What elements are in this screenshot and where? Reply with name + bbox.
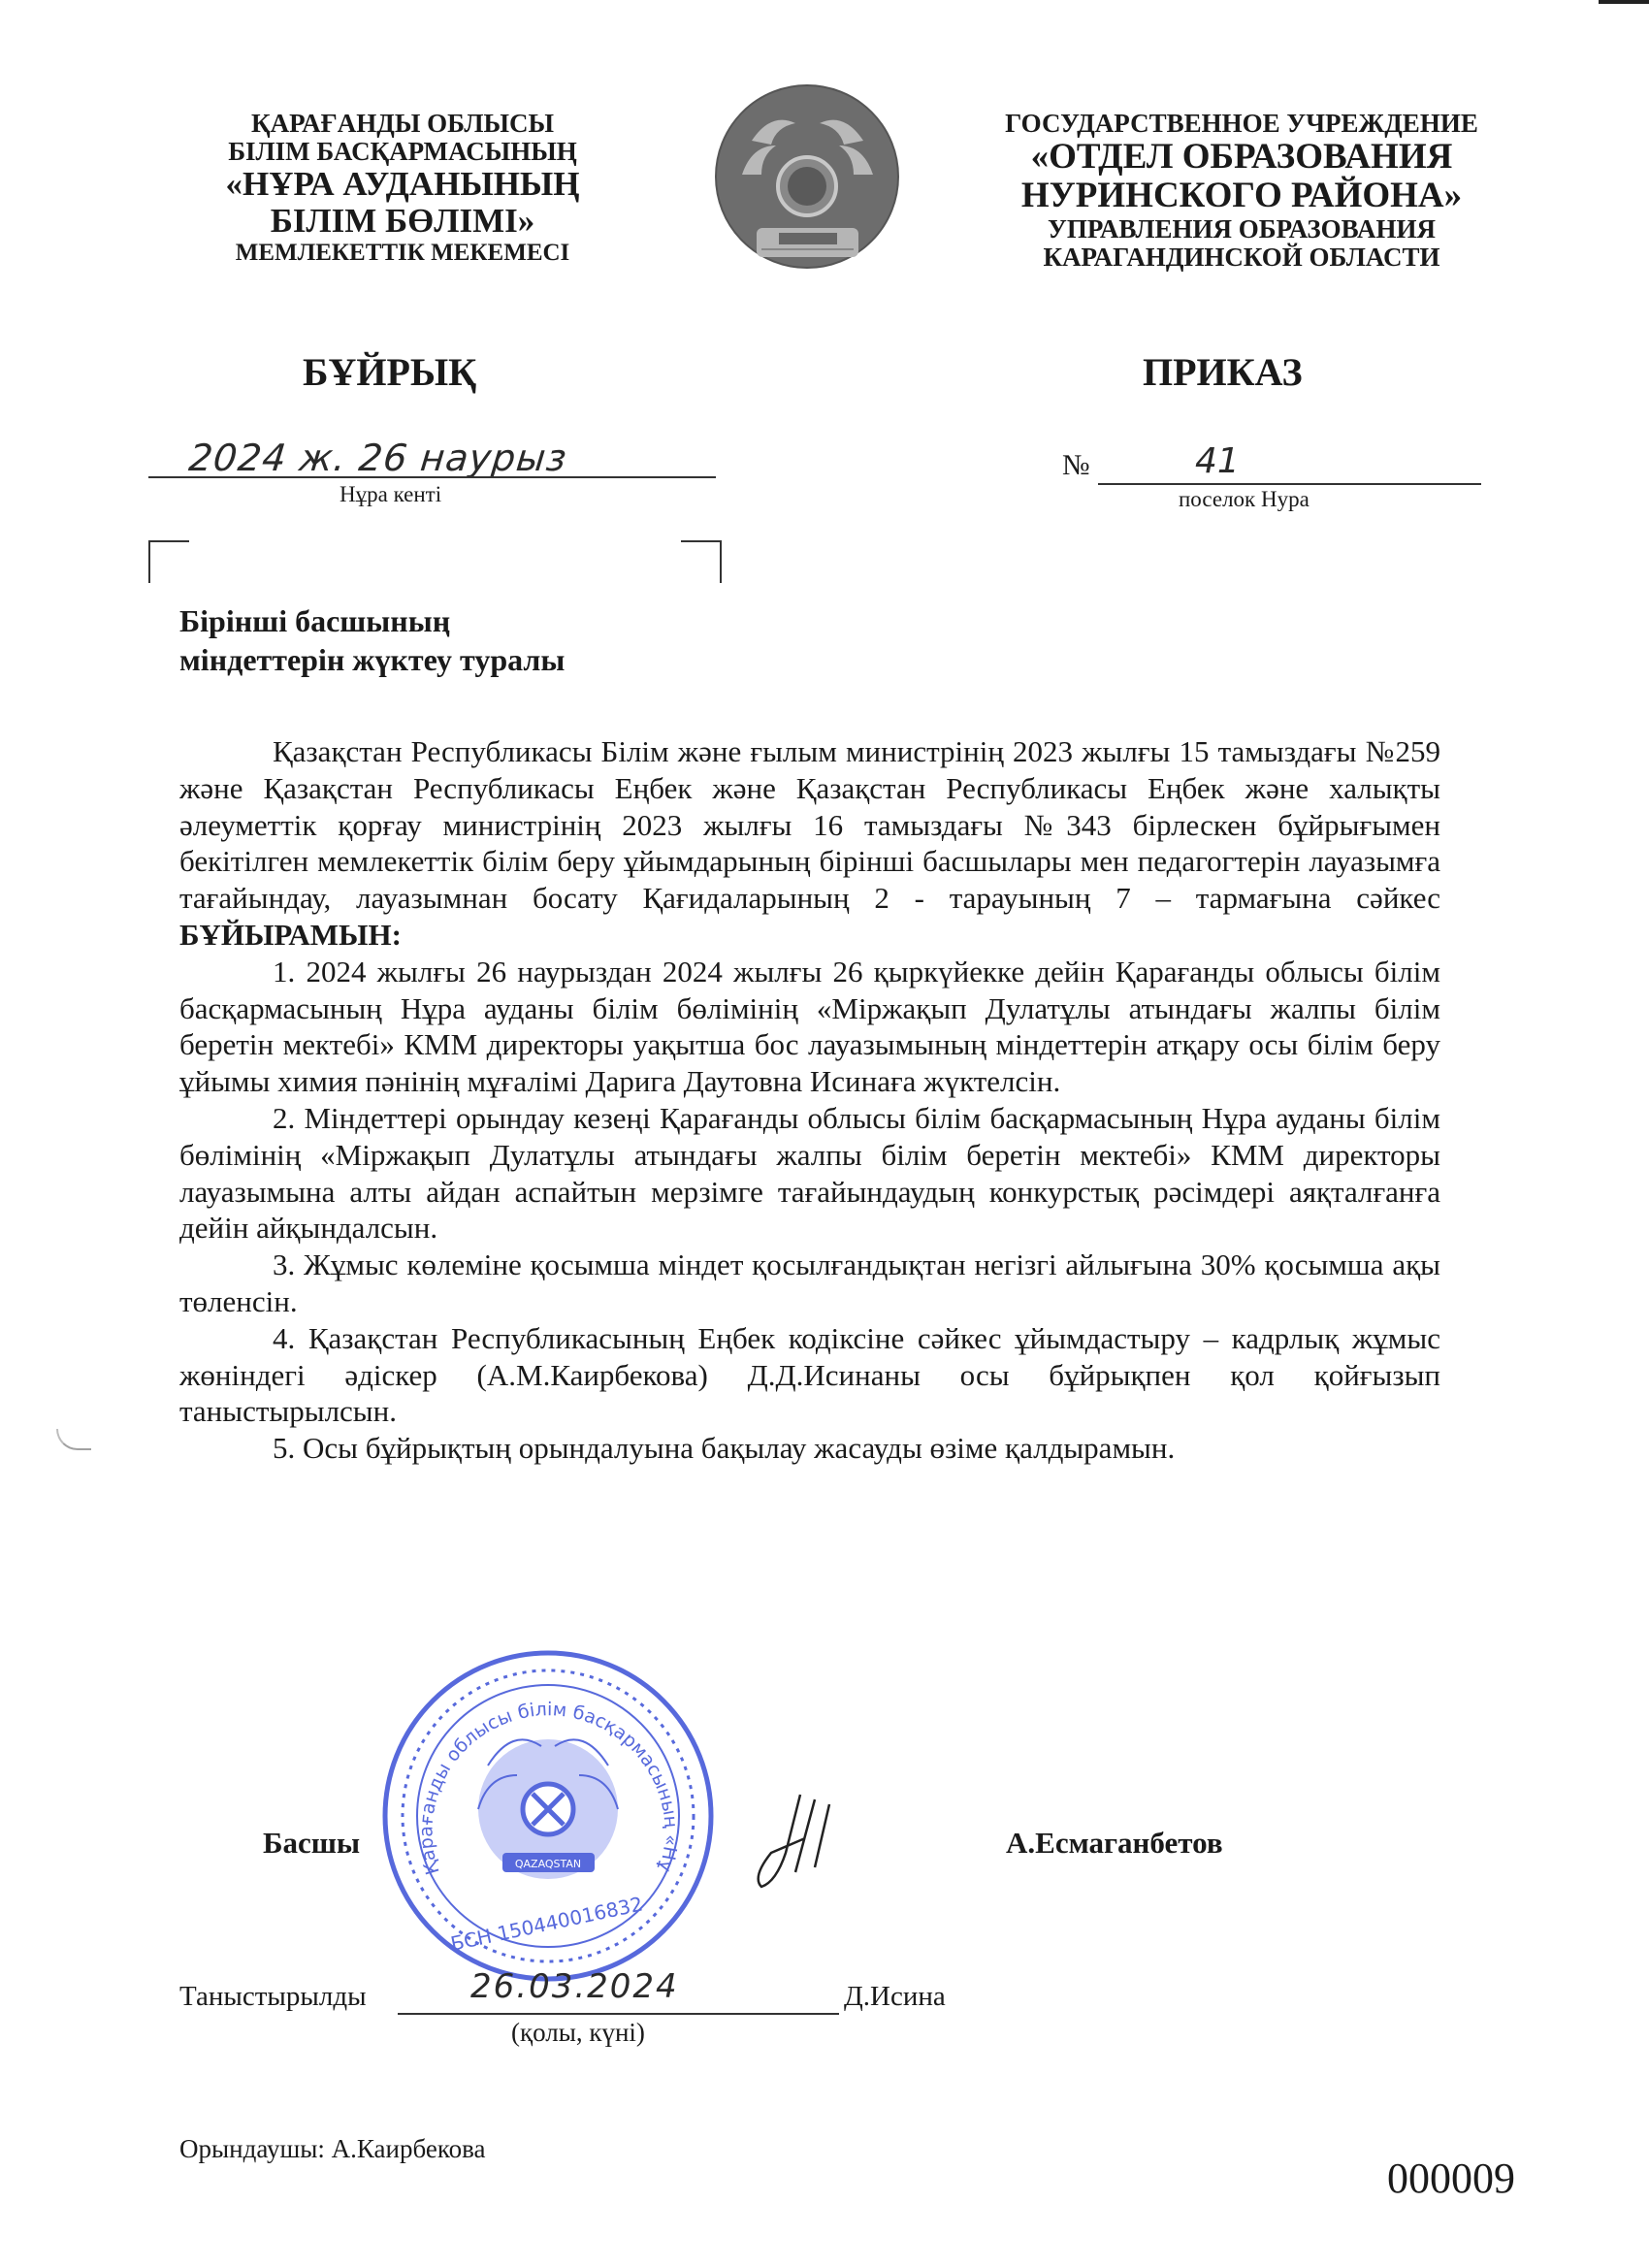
handwritten-order-number: 41 bbox=[1195, 441, 1240, 481]
header-kz-line: МЕМЛЕКЕТТІК МЕКЕМЕСІ bbox=[184, 240, 621, 266]
acknowledged-person: Д.Исина bbox=[844, 1981, 946, 2013]
header-ru-line: НУРИНСКОГО РАЙОНА» bbox=[955, 177, 1528, 215]
header-kz-line: БІЛІМ БӨЛІМІ» bbox=[184, 203, 621, 240]
header-ru-line: «ОТДЕЛ ОБРАЗОВАНИЯ bbox=[955, 138, 1528, 177]
header-ru-line: УПРАВЛЕНИЯ ОБРАЗОВАНИЯ bbox=[955, 215, 1528, 243]
acknowledgement-underline bbox=[398, 2013, 839, 2015]
handwritten-date: 2024 ж. 26 наурыз bbox=[187, 437, 569, 479]
order-subject: Бірінші басшының міндеттерін жүктеу тура… bbox=[179, 601, 565, 679]
header-kz-line: «НҰРА АУДАНЫНЫҢ bbox=[184, 166, 621, 203]
svg-text:QAZAQSTAN: QAZAQSTAN bbox=[515, 1858, 581, 1870]
header-kz-line: ҚАРАҒАНДЫ ОБЛЫСЫ bbox=[184, 110, 621, 138]
order-item-1: 1. 2024 жылғы 26 наурыздан 2024 жылғы 26… bbox=[179, 954, 1440, 1100]
scan-edge-mark bbox=[1599, 0, 1649, 4]
director-signature bbox=[747, 1785, 863, 1901]
place-ru: поселок Нура bbox=[1179, 487, 1309, 512]
order-body: Қазақстан Республикасы Білім және ғылым … bbox=[179, 733, 1440, 1467]
subject-line: Бірінші басшының bbox=[179, 601, 565, 640]
official-stamp-icon: Қарағанды облысы білім басқармасының «Нұ… bbox=[381, 1649, 716, 1984]
order-item-4: 4. Қазақстан Республикасының Еңбек кодік… bbox=[179, 1320, 1440, 1430]
date-underline bbox=[148, 476, 716, 478]
number-underline bbox=[1098, 483, 1481, 485]
acknowledged-label: Таныстырылды bbox=[179, 1981, 367, 2013]
document-title-ru: ПРИКАЗ bbox=[1143, 349, 1303, 395]
acknowledgement-handwritten-date: 26.03.2024 bbox=[470, 1967, 679, 2006]
header-kz: ҚАРАҒАНДЫ ОБЛЫСЫ БІЛІМ БАСҚАРМАСЫНЫҢ «НҰ… bbox=[184, 110, 621, 266]
signatory-name: А.Есмаганбетов bbox=[1006, 1826, 1223, 1861]
document-title-kz: БҰЙРЫҚ bbox=[303, 349, 476, 395]
document-serial-number: 000009 bbox=[1387, 2154, 1515, 2203]
header-ru: ГОСУДАРСТВЕННОЕ УЧРЕЖДЕНИЕ «ОТДЕЛ ОБРАЗО… bbox=[955, 110, 1528, 272]
header-ru-line: ГОСУДАРСТВЕННОЕ УЧРЕЖДЕНИЕ bbox=[955, 110, 1528, 138]
preamble-paragraph: Қазақстан Республикасы Білім және ғылым … bbox=[179, 733, 1440, 954]
order-item-2: 2. Міндеттері орындау кезеңі Қарағанды о… bbox=[179, 1100, 1440, 1247]
subject-bracket-left bbox=[148, 540, 189, 583]
executor: Орындаушы: А.Каирбекова bbox=[179, 2134, 485, 2164]
signatory-title: Басшы bbox=[263, 1826, 360, 1861]
order-item-5: 5. Осы бұйрықтың орындалуына бақылау жас… bbox=[179, 1430, 1440, 1467]
order-word: БҰЙЫРАМЫН: bbox=[179, 918, 402, 952]
subject-bracket-right bbox=[681, 540, 722, 583]
place-kz: Нұра кенті bbox=[339, 482, 441, 507]
scan-artifact bbox=[56, 1429, 91, 1450]
acknowledgement-caption: (қолы, күні) bbox=[511, 2018, 645, 2048]
number-sign: № bbox=[1062, 449, 1090, 482]
header-kz-line: БІЛІМ БАСҚАРМАСЫНЫҢ bbox=[184, 138, 621, 166]
subject-line: міндеттерін жүктеу туралы bbox=[179, 640, 565, 679]
state-emblem-icon bbox=[713, 82, 902, 272]
preamble-text: Қазақстан Республикасы Білім және ғылым … bbox=[179, 734, 1440, 915]
order-item-3: 3. Жұмыс көлеміне қосымша міндет қосылға… bbox=[179, 1247, 1440, 1320]
header-ru-line: КАРАГАНДИНСКОЙ ОБЛАСТИ bbox=[955, 243, 1528, 272]
